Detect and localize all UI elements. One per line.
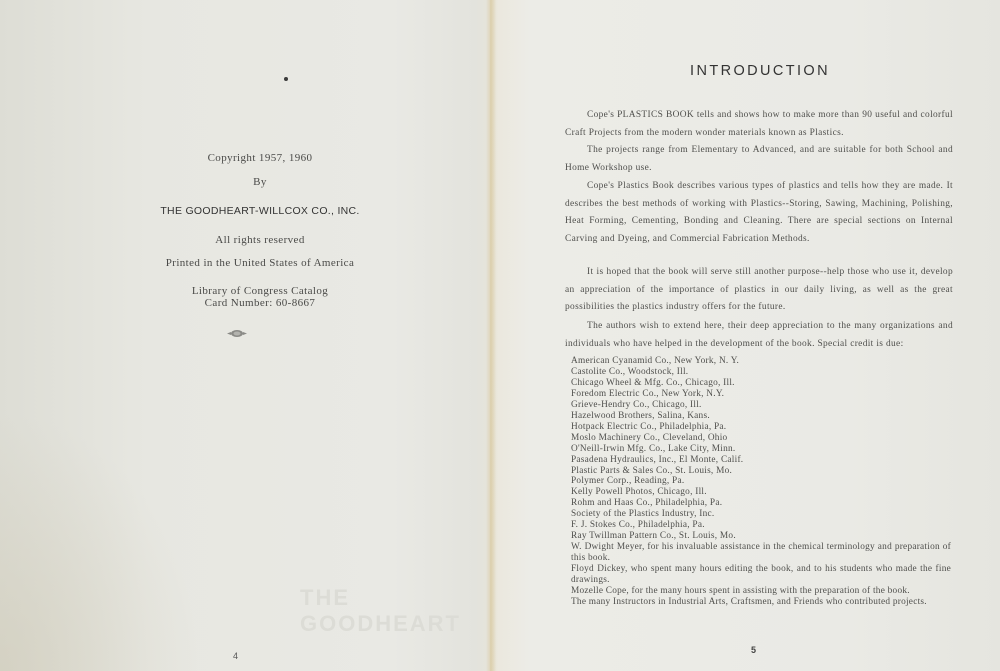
paragraph-text: Cope's Plastics Book describes various t… <box>565 181 953 244</box>
paragraph-text: The projects range from Elementary to Ad… <box>565 145 953 173</box>
credits-list: American Cyanamid Co., New York, N. Y. C… <box>571 356 951 608</box>
credit-item: American Cyanamid Co., New York, N. Y. <box>571 356 951 367</box>
page-number-right: 5 <box>751 645 756 655</box>
catalog-line-1: Library of Congress Catalog <box>140 285 380 297</box>
credit-item: Chicago Wheel & Mfg. Co., Chicago, Ill. <box>571 378 951 389</box>
credit-note: The many Instructors in Industrial Arts,… <box>571 597 951 608</box>
credit-item: Hazelwood Brothers, Salina, Kans. <box>571 411 951 422</box>
credit-note: Mozelle Cope, for the many hours spent i… <box>571 586 951 597</box>
printer-ornament-icon <box>226 329 248 338</box>
page-title: INTRODUCTION <box>560 63 960 79</box>
intro-paragraph-2: The projects range from Elementary to Ad… <box>565 142 953 177</box>
rights-line: All rights reserved <box>140 234 380 246</box>
credit-note: W. Dwight Meyer, for his invaluable assi… <box>571 542 951 564</box>
credit-item: Polymer Corp., Reading, Pa. <box>571 476 951 487</box>
intro-paragraph-1: Cope's PLASTICS BOOK tells and shows how… <box>565 107 953 142</box>
book-gutter <box>486 0 496 671</box>
paragraph-text: It is hoped that the book will serve sti… <box>565 267 953 312</box>
credit-item: Ray Twillman Pattern Co., St. Louis, Mo. <box>571 531 951 542</box>
credit-item: Foredom Electric Co., New York, N.Y. <box>571 389 951 400</box>
show-through-text: THE GOODHEART <box>300 585 490 637</box>
credit-item: Castolite Co., Woodstock, Ill. <box>571 367 951 378</box>
page-number-left: 4 <box>233 651 238 661</box>
intro-paragraph-4: It is hoped that the book will serve sti… <box>565 264 953 317</box>
printed-line: Printed in the United States of America <box>140 257 380 269</box>
credit-item: Grieve-Hendry Co., Chicago, Ill. <box>571 400 951 411</box>
catalog-line-2: Card Number: 60-8667 <box>140 297 380 309</box>
paragraph-text: The authors wish to extend here, their d… <box>565 321 953 349</box>
credit-item: O'Neill-Irwin Mfg. Co., Lake City, Minn. <box>571 444 951 455</box>
by-line: By <box>140 176 380 188</box>
paragraph-text: Cope's PLASTICS BOOK tells and shows how… <box>565 110 953 138</box>
credit-item: Pasadena Hydraulics, Inc., El Monte, Cal… <box>571 455 951 466</box>
credit-item: Kelly Powell Photos, Chicago, Ill. <box>571 487 951 498</box>
credit-item: Rohm and Haas Co., Philadelphia, Pa. <box>571 498 951 509</box>
credit-item: Society of the Plastics Industry, Inc. <box>571 509 951 520</box>
page-shadow <box>0 411 200 671</box>
credit-item: Plastic Parts & Sales Co., St. Louis, Mo… <box>571 466 951 477</box>
intro-paragraph-5: The authors wish to extend here, their d… <box>565 318 953 353</box>
ink-dot <box>284 77 288 81</box>
credit-item: Hotpack Electric Co., Philadelphia, Pa. <box>571 422 951 433</box>
copyright-line: Copyright 1957, 1960 <box>140 152 380 164</box>
credit-item: F. J. Stokes Co., Philadelphia, Pa. <box>571 520 951 531</box>
book-spread: Copyright 1957, 1960 By THE GOODHEART-WI… <box>0 0 1000 671</box>
credit-note: Floyd Dickey, who spent many hours editi… <box>571 564 951 586</box>
left-page: Copyright 1957, 1960 By THE GOODHEART-WI… <box>0 0 490 671</box>
publisher-name: THE GOODHEART-WILLCOX CO., INC. <box>140 205 380 217</box>
intro-paragraph-3: Cope's Plastics Book describes various t… <box>565 178 953 248</box>
credit-item: Moslo Machinery Co., Cleveland, Ohio <box>571 433 951 444</box>
